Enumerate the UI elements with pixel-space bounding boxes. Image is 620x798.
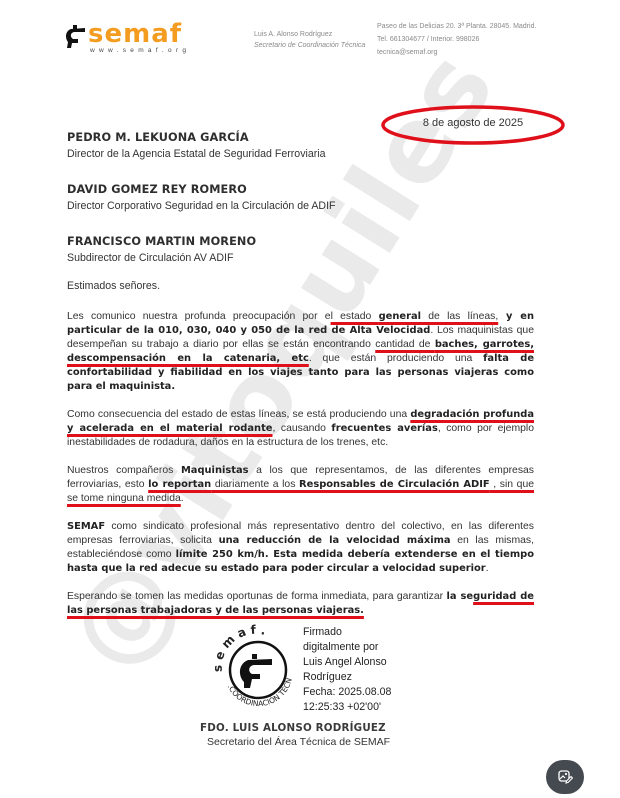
letter-date: 8 de agosto de 2025 — [380, 117, 566, 129]
digital-signature: s e m a f . .COORDINACIÓN TÉCNICA Firmad… — [200, 622, 430, 722]
sender-block: Luis A. Alonso Rodríguez Secretario de C… — [254, 29, 365, 51]
recipient-name: FRANCISCO MARTIN MORENO — [67, 234, 537, 250]
phone: Tel. 661304677 / Interior. 998026 — [377, 33, 536, 46]
contact-block: Paseo de las Delicias 20. 3ª Planta. 280… — [377, 20, 536, 59]
sig-line: digitalmente por — [303, 640, 391, 655]
letter-page: @vitoquiles semaf www.semaf.org Luis A. … — [0, 0, 620, 798]
signer-role: Secretario del Área Técnica de SEMAF — [207, 736, 390, 748]
paragraph-1: Les comunico nuestra profunda preocupaci… — [67, 310, 534, 394]
recipient: FRANCISCO MARTIN MORENO Subdirector de C… — [67, 234, 537, 267]
recipient: PEDRO M. LEKUONA GARCÍA Director de la A… — [67, 130, 537, 163]
sig-line: Fecha: 2025.08.08 — [303, 685, 391, 700]
sig-line: Rodríguez — [303, 670, 391, 685]
brand-wordmark: semaf — [88, 19, 182, 49]
recipient-name: DAVID GOMEZ REY ROMERO — [67, 182, 537, 198]
brand-url: www.semaf.org — [90, 47, 190, 54]
recipient-title: Director Corporativo Seguridad en la Cir… — [67, 198, 537, 215]
image-edit-icon — [557, 769, 573, 785]
recipient-title: Subdirector de Circulación AV ADIF — [67, 250, 537, 267]
email: tecnica@semaf.org — [377, 46, 536, 59]
recipients: PEDRO M. LEKUONA GARCÍA Director de la A… — [67, 130, 537, 286]
letter-body: Les comunico nuestra profunda preocupaci… — [67, 310, 534, 632]
paragraph-2: Como consecuencia del estado de estas lí… — [67, 408, 534, 450]
recipient: DAVID GOMEZ REY ROMERO Director Corporat… — [67, 182, 537, 215]
signer-name: FDO. LUIS ALONSO RODRÍGUEZ — [200, 722, 400, 734]
sig-line: Luis Angel Alonso — [303, 655, 391, 670]
sender-role: Secretario de Coordinación Técnica — [254, 40, 365, 51]
semaf-logo-mark-icon — [64, 24, 88, 50]
paragraph-3: Nuestros compañeros Maquinistas a los qu… — [67, 464, 534, 506]
edit-image-button[interactable] — [546, 760, 584, 794]
digital-signature-text: Firmado digitalmente por Luis Angel Alon… — [303, 625, 391, 715]
paragraph-5: Esperando se tomen las medidas oportunas… — [67, 590, 534, 618]
semaf-logo: semaf www.semaf.org — [64, 22, 224, 58]
semaf-stamp-icon: s e m a f . .COORDINACIÓN TÉCNICA — [208, 624, 304, 714]
sig-line: Firmado — [303, 625, 391, 640]
recipient-name: PEDRO M. LEKUONA GARCÍA — [67, 130, 537, 146]
sender-name: Luis A. Alonso Rodríguez — [254, 29, 365, 40]
paragraph-4: SEMAF como sindicato profesional más rep… — [67, 520, 534, 576]
address: Paseo de las Delicias 20. 3ª Planta. 280… — [377, 20, 536, 33]
greeting: Estimados señores. — [67, 280, 160, 292]
recipient-title: Director de la Agencia Estatal de Seguri… — [67, 146, 537, 163]
sig-line: 12:25:33 +02'00' — [303, 700, 391, 715]
